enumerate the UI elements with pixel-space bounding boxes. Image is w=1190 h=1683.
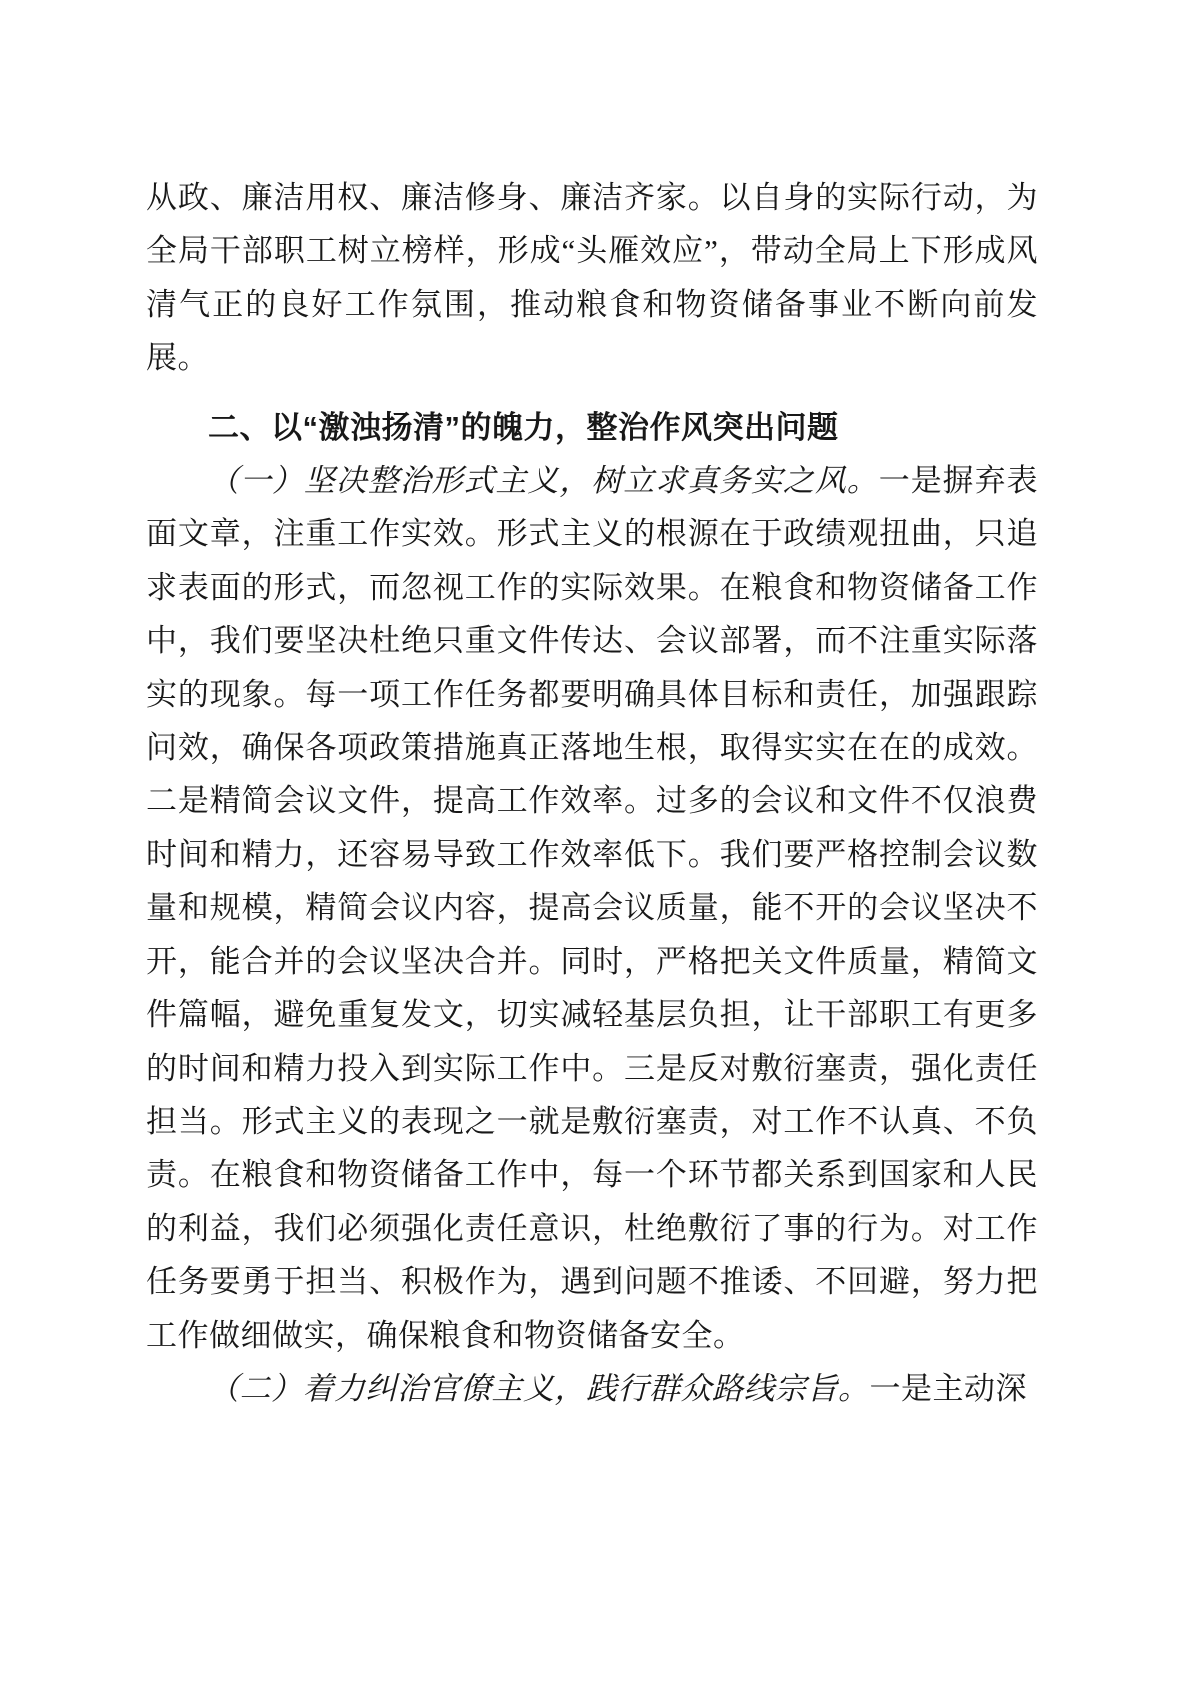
subsection-2-body-text: 一是主动深 bbox=[870, 1371, 1028, 1406]
section-heading: 二、以“激浊扬清”的魄力，整治作风突出问题 bbox=[146, 401, 1038, 454]
document-page: 从政、廉洁用权、廉洁修身、廉洁齐家。以自身的实际行动，为全局干部职工树立榜样，形… bbox=[0, 0, 1190, 1683]
paragraph-continuation-text: 从政、廉洁用权、廉洁修身、廉洁齐家。以自身的实际行动，为全局干部职工树立榜样，形… bbox=[146, 180, 1038, 375]
section-heading-text: 二、以“激浊扬清”的魄力，整治作风突出问题 bbox=[208, 410, 839, 445]
subsection-2-lead-text: （二）着力纠治官僚主义，践行群众路线宗旨。 bbox=[208, 1371, 870, 1406]
paragraph-subsection-1: （一）坚决整治形式主义，树立求真务实之风。一是摒弃表面文章，注重工作实效。形式主… bbox=[146, 454, 1038, 1362]
subsection-1-body-text: 一是摒弃表面文章，注重工作实效。形式主义的根源在于政绩观扭曲，只追求表面的形式，… bbox=[146, 463, 1038, 1353]
subsection-1-lead-text: （一）坚决整治形式主义，树立求真务实之风。 bbox=[208, 463, 879, 498]
paragraph-continuation: 从政、廉洁用权、廉洁修身、廉洁齐家。以自身的实际行动，为全局干部职工树立榜样，形… bbox=[146, 171, 1038, 385]
paragraph-subsection-2: （二）着力纠治官僚主义，践行群众路线宗旨。一是主动深 bbox=[146, 1362, 1038, 1415]
